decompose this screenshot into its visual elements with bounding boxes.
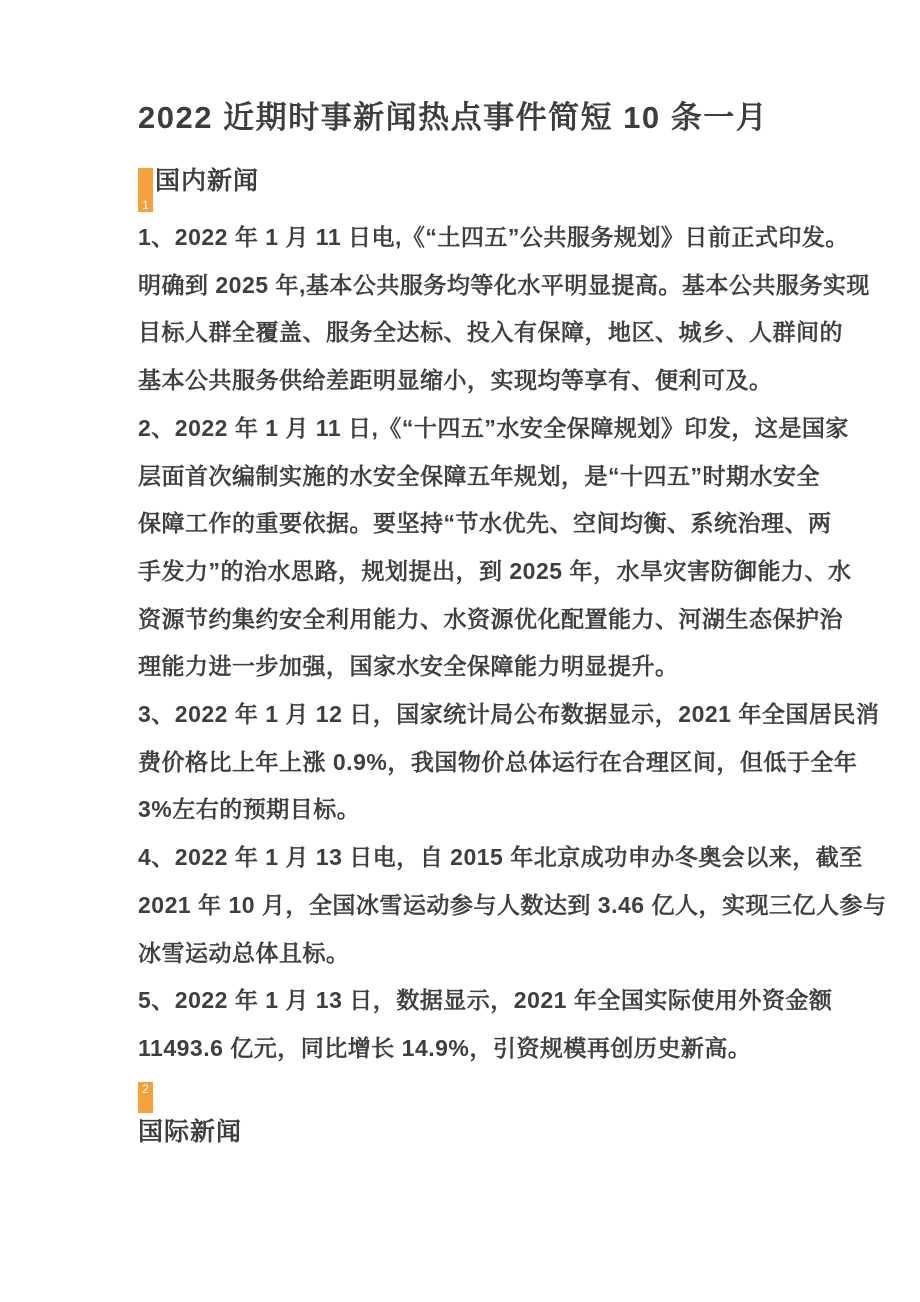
body-line: 2021 年 10 月，全国冰雪运动参与人数达到 3.46 亿人，实现三亿人参与: [138, 882, 806, 930]
document-page: 2022 近期时事新闻热点事件简短 10 条一月 1 国内新闻 1、2022 年…: [0, 0, 920, 1302]
body-line: 1、2022 年 1 月 11 日电,《“土四五”公共服务规划》日前正式印发。: [138, 214, 806, 262]
section-number-marker-2: 2: [138, 1082, 153, 1113]
body-line: 3、2022 年 1 月 12 日，国家统计局公布数据显示，2021 年全国居民…: [138, 691, 806, 739]
section-heading-label: 国际新闻: [138, 1117, 242, 1147]
body-line: 费价格比上年上涨 0.9%，我国物价总体运行在合理区间，但低于全年: [138, 739, 806, 787]
body-line: 冰雪运动总体且标。: [138, 930, 806, 978]
section-number-marker-1: 1: [138, 168, 153, 212]
body-line: 手发力”的治水思路，规划提出，到 2025 年，水旱灾害防御能力、水: [138, 548, 806, 596]
body-line: 11493.6 亿元，同比增长 14.9%，引资规模再创历史新高。: [138, 1025, 806, 1073]
body-line: 保障工作的重要依据。要坚持“节水优先、空间均衡、系统治理、两: [138, 500, 806, 548]
section-number-label: 1: [142, 198, 149, 212]
section-heading-label: 国内新闻: [155, 166, 259, 196]
body-line: 目标人群全覆盖、服务全达标、投入有保障，地区、城乡、人群间的: [138, 309, 806, 357]
section-heading-domestic-news: 1 国内新闻: [138, 166, 259, 212]
body-line: 层面首次编制实施的水安全保障五年规划，是“十四五”时期水安全: [138, 453, 806, 501]
body-text: 1、2022 年 1 月 11 日电,《“土四五”公共服务规划》日前正式印发。明…: [138, 214, 806, 1073]
section-heading-international-news: 2 国际新闻: [138, 1082, 242, 1147]
body-line: 5、2022 年 1 月 13 日，数据显示，2021 年全国实际使用外资金额: [138, 977, 806, 1025]
body-line: 基本公共服务供给差距明显缩小，实现均等享有、便利可及。: [138, 357, 806, 405]
body-line: 资源节约集约安全利用能力、水资源优化配置能力、河湖生态保护治: [138, 596, 806, 644]
body-line: 4、2022 年 1 月 13 日电，自 2015 年北京成功申办冬奥会以来，截…: [138, 834, 806, 882]
body-line: 2、2022 年 1 月 11 日,《“十四五”水安全保障规划》印发，这是国家: [138, 405, 806, 453]
body-line: 理能力进一步加强，国家水安全保障能力明显提升。: [138, 643, 806, 691]
body-line: 3%左右的预期目标。: [138, 786, 806, 834]
document-title: 2022 近期时事新闻热点事件简短 10 条一月: [138, 92, 768, 137]
section-number-label: 2: [142, 1082, 149, 1096]
body-line: 明确到 2025 年,基本公共服务均等化水平明显提高。基本公共服务实现: [138, 262, 806, 310]
